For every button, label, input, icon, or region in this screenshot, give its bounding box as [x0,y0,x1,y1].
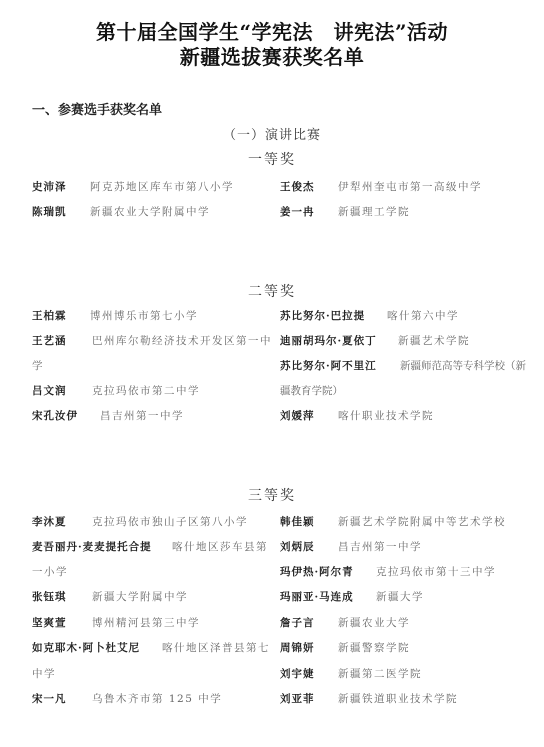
winner-name: 宋一凡 [32,692,67,706]
winner-school: 新疆理工学院 [338,205,410,219]
winner-name: 玛丽亚·马连成 [280,590,354,604]
section-heading: 一、参赛选手获奖名单 [32,99,162,118]
winner-school: 喀什职业技术学院 [338,409,434,423]
winner-name: 如克耶木·阿卜杜艾尼 [32,641,140,655]
winner-name: 王俊杰 [280,180,315,194]
winner-school: 伊犁州奎屯市第一高级中学 [338,180,482,194]
winner-name: 刘亚菲 [280,692,315,706]
winner-name: 宋孔汝伊 [32,409,78,423]
winner-name: 王柏霖 [32,309,67,323]
winner-school: 新疆大学附属中学 [92,590,188,604]
winner-name: 詹子言 [280,616,315,630]
winner-name: 吕文润 [32,384,67,398]
winner-name: 韩佳颖 [280,515,315,529]
winner-school: 喀什第六中学 [387,309,459,323]
second-prize-heading: 二等奖 [0,281,544,301]
winner-school: 新疆铁道职业技术学院 [338,692,458,706]
winner-school: 新疆第二医学院 [338,667,422,681]
first-prize-heading: 一等奖 [0,149,544,169]
winner-name: 迪丽胡玛尔·夏依丁 [280,334,377,348]
third-prize-heading: 三等奖 [0,485,544,505]
winner-school: 克拉玛依市独山子区第八小学 [92,515,248,529]
winner-school-continued: 中学 [32,667,56,681]
winner-name: 苏比努尔·巴拉提 [280,309,365,323]
winner-name: 苏比努尔·阿不里江 [280,359,377,373]
winner-school: 博州精河县第三中学 [92,616,200,630]
winner-school: 喀什地区莎车县第 [172,540,268,554]
winner-name: 王艺涵 [32,334,67,348]
winner-name: 张钰琪 [32,590,67,604]
winner-school: 新疆警察学院 [338,641,410,655]
winner-school-continued: 学 [32,359,44,373]
winner-name: 坚爽萱 [32,616,67,630]
subsection-heading: （一）演讲比赛 [0,124,544,143]
winner-school: 昌吉州第一中学 [100,409,184,423]
winner-school: 新疆艺术学院 [398,334,470,348]
winner-school: 乌鲁木齐市第 125 中学 [92,692,222,706]
winner-name: 李沐夏 [32,515,67,529]
winner-name: 史沛泽 [32,180,67,194]
winner-school-continued: 一小学 [32,565,68,579]
winner-school: 新疆师范高等专科学校（新 [400,359,526,373]
winner-school: 喀什地区泽普县第七 [162,641,270,655]
winner-school: 新疆农业大学 [338,616,410,630]
winner-school: 巴州库尔勒经济技术开发区第一中 [92,334,272,348]
winner-name: 刘媛萍 [280,409,315,423]
winner-name: 玛伊热·阿尔青 [280,565,354,579]
winner-name: 刘炳辰 [280,540,315,554]
winner-school-continued: 疆教育学院） [280,384,343,398]
document-title-line2: 新疆选拔赛获奖名单 [0,41,544,70]
winner-name: 姜一冉 [280,205,315,219]
winner-school: 新疆农业大学附属中学 [90,205,210,219]
winner-school: 博州博乐市第七小学 [90,309,198,323]
winner-school: 阿克苏地区库车市第八小学 [90,180,234,194]
winner-name: 麦吾丽丹·麦麦提托合提 [32,540,152,554]
winner-name: 刘宇婕 [280,667,315,681]
winner-name: 周锦妍 [280,641,315,655]
winner-school: 克拉玛依市第二中学 [92,384,200,398]
winner-school: 昌吉州第一中学 [338,540,422,554]
winner-name: 陈瑞凯 [32,205,67,219]
winner-school: 新疆艺术学院附属中等艺术学校 [338,515,506,529]
winner-school: 新疆大学 [376,590,424,604]
winner-school: 克拉玛依市第十三中学 [376,565,496,579]
